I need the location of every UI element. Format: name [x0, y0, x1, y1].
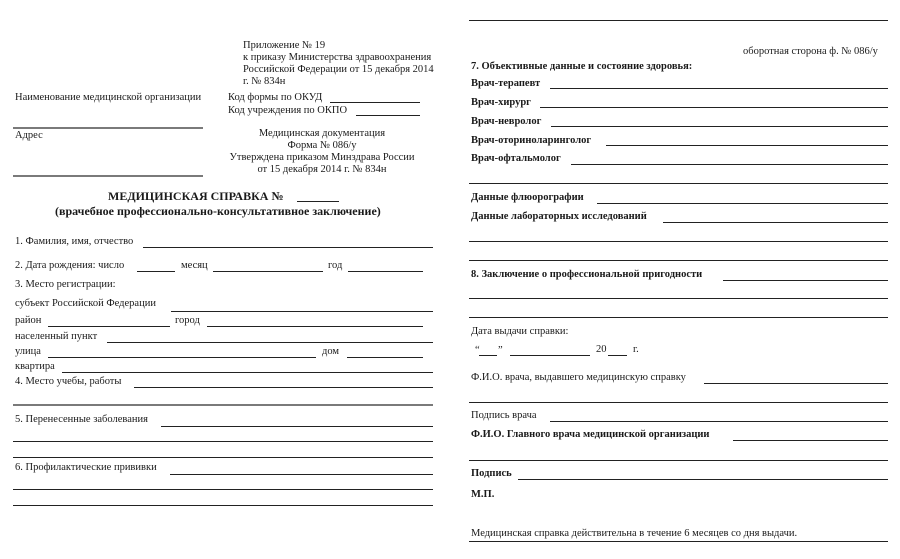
signature-label: Подпись — [471, 468, 512, 479]
vaccinations-field-extra[interactable] — [13, 505, 433, 506]
vaccinations-label: 6. Профилактические прививки — [15, 462, 157, 473]
chief-doctor-label: Ф.И.О. Главного врача медицинской органи… — [471, 429, 710, 440]
diseases-label: 5. Перенесенные заболевания — [15, 414, 148, 425]
issue-year-field[interactable] — [608, 355, 627, 356]
top-line — [469, 20, 888, 21]
birth-day-label: 2. Дата рождения: число — [15, 260, 124, 271]
certificate-subtitle: (врачебное профессионально-консультативн… — [55, 204, 381, 219]
work-study-label: 4. Место учебы, работы — [15, 376, 121, 387]
doc-info-line: Медицинская документация — [222, 128, 422, 140]
issue-date-label: Дата выдачи справки: — [471, 326, 568, 337]
diseases-field-extra[interactable] — [13, 441, 433, 442]
work-study-field-extra[interactable] — [13, 404, 433, 406]
lab-label: Данные лабораторных исследований — [471, 211, 647, 222]
section-8-field-extra[interactable] — [469, 317, 888, 318]
birth-month-label: месяц — [181, 260, 208, 271]
okud-field[interactable] — [330, 102, 420, 103]
house-label: дом — [322, 346, 339, 357]
chief-doctor-field-extra[interactable] — [469, 460, 888, 461]
doc-info: Медицинская документация Форма № 086/у У… — [222, 128, 422, 176]
section-8-label: 8. Заключение о профессиональной пригодн… — [471, 269, 702, 280]
lab-field-extra[interactable] — [469, 241, 888, 242]
chief-doctor-field[interactable] — [733, 440, 888, 441]
full-name-field[interactable] — [143, 247, 433, 248]
doc-info-line: Утверждена приказом Минздрава России — [222, 152, 422, 164]
therapist-label: Врач-терапевт — [471, 78, 540, 89]
neurologist-field[interactable] — [551, 126, 888, 127]
signature-field[interactable] — [518, 479, 888, 480]
certificate-number-field[interactable] — [297, 201, 339, 202]
street-field[interactable] — [48, 357, 316, 358]
validity-note: Медицинская справка действительна в тече… — [471, 528, 797, 539]
section-8-field-extra[interactable] — [469, 298, 888, 299]
section-7-title: 7. Объективные данные и состояние здоров… — [471, 61, 692, 72]
fluoro-field[interactable] — [597, 203, 888, 204]
full-name-label: 1. Фамилия, имя, отчество — [15, 236, 133, 247]
org-name-field[interactable] — [13, 127, 203, 129]
diseases-field[interactable] — [161, 426, 433, 427]
doctor-signature-field[interactable] — [550, 421, 888, 422]
birth-day-field[interactable] — [137, 271, 175, 272]
settlement-label: населенный пункт — [15, 331, 97, 342]
work-study-field[interactable] — [134, 387, 433, 388]
city-field[interactable] — [207, 326, 423, 327]
house-field[interactable] — [347, 357, 423, 358]
issuing-doctor-field-extra[interactable] — [469, 402, 888, 403]
neurologist-label: Врач-невролог — [471, 116, 541, 127]
surgeon-field[interactable] — [540, 107, 888, 108]
issuing-doctor-label: Ф.И.О. врача, выдавшего медицинскую спра… — [471, 372, 686, 383]
doc-info-line: Форма № 086/у — [222, 140, 422, 152]
ent-field[interactable] — [606, 145, 888, 146]
appendix-note: Приложение № 19 к приказу Министерства з… — [243, 40, 434, 88]
therapist-field[interactable] — [550, 88, 888, 89]
district-label: район — [15, 315, 41, 326]
appendix-line: г. № 834н — [243, 76, 434, 88]
registration-label: 3. Место регистрации: — [15, 279, 116, 290]
settlement-field[interactable] — [107, 342, 433, 343]
vaccinations-field[interactable] — [170, 474, 433, 475]
appendix-line: Приложение № 19 — [243, 40, 434, 52]
validity-underline — [469, 541, 888, 542]
appendix-line: Российской Федерации от 15 декабря 2014 — [243, 64, 434, 76]
address-field[interactable] — [13, 175, 203, 177]
ent-label: Врач-оториноларинголог — [471, 135, 591, 146]
date-year-prefix: 20 — [596, 344, 607, 355]
apartment-field[interactable] — [62, 372, 433, 373]
street-label: улица — [15, 346, 41, 357]
ophthalmologist-field[interactable] — [571, 164, 888, 165]
surgeon-label: Врач-хирург — [471, 97, 531, 108]
okpo-label: Код учреждения по ОКПО — [228, 105, 347, 116]
fluoro-label: Данные флюорографии — [471, 192, 584, 203]
subject-label: субъект Российской Федерации — [15, 298, 156, 309]
lab-field[interactable] — [663, 222, 888, 223]
lab-field-extra[interactable] — [469, 260, 888, 261]
appendix-line: к приказу Министерства здравоохранения — [243, 52, 434, 64]
issuing-doctor-field[interactable] — [704, 383, 888, 384]
birth-year-field[interactable] — [348, 271, 423, 272]
okpo-field[interactable] — [356, 115, 420, 116]
district-field[interactable] — [48, 326, 170, 327]
ophthalmologist-label: Врач-офтальмолог — [471, 153, 561, 164]
address-label: Адрес — [15, 130, 43, 141]
subject-field[interactable] — [171, 311, 433, 312]
city-label: город — [175, 315, 200, 326]
date-year-suffix: г. — [633, 344, 639, 355]
section-8-field[interactable] — [723, 280, 888, 281]
doctor-signature-label: Подпись врача — [471, 410, 537, 421]
doc-info-line: от 15 декабря 2014 г. № 834н — [222, 164, 422, 176]
diseases-field-extra[interactable] — [13, 457, 433, 458]
birth-month-field[interactable] — [213, 271, 323, 272]
certificate-title: МЕДИЦИНСКАЯ СПРАВКА № — [108, 189, 284, 204]
back-side-label: оборотная сторона ф. № 086/у — [743, 46, 878, 57]
birth-year-label: год — [328, 260, 342, 271]
apartment-label: квартира — [15, 361, 55, 372]
date-close-quote: ” — [498, 345, 503, 356]
vaccinations-field-extra[interactable] — [13, 489, 433, 490]
issue-month-field[interactable] — [510, 355, 590, 356]
stamp-label: М.П. — [471, 489, 494, 500]
issue-day-field[interactable] — [479, 355, 497, 356]
section-7-extra-line[interactable] — [469, 183, 888, 184]
org-name-label: Наименование медицинской организации — [15, 92, 201, 103]
okud-label: Код формы по ОКУД — [228, 92, 322, 103]
